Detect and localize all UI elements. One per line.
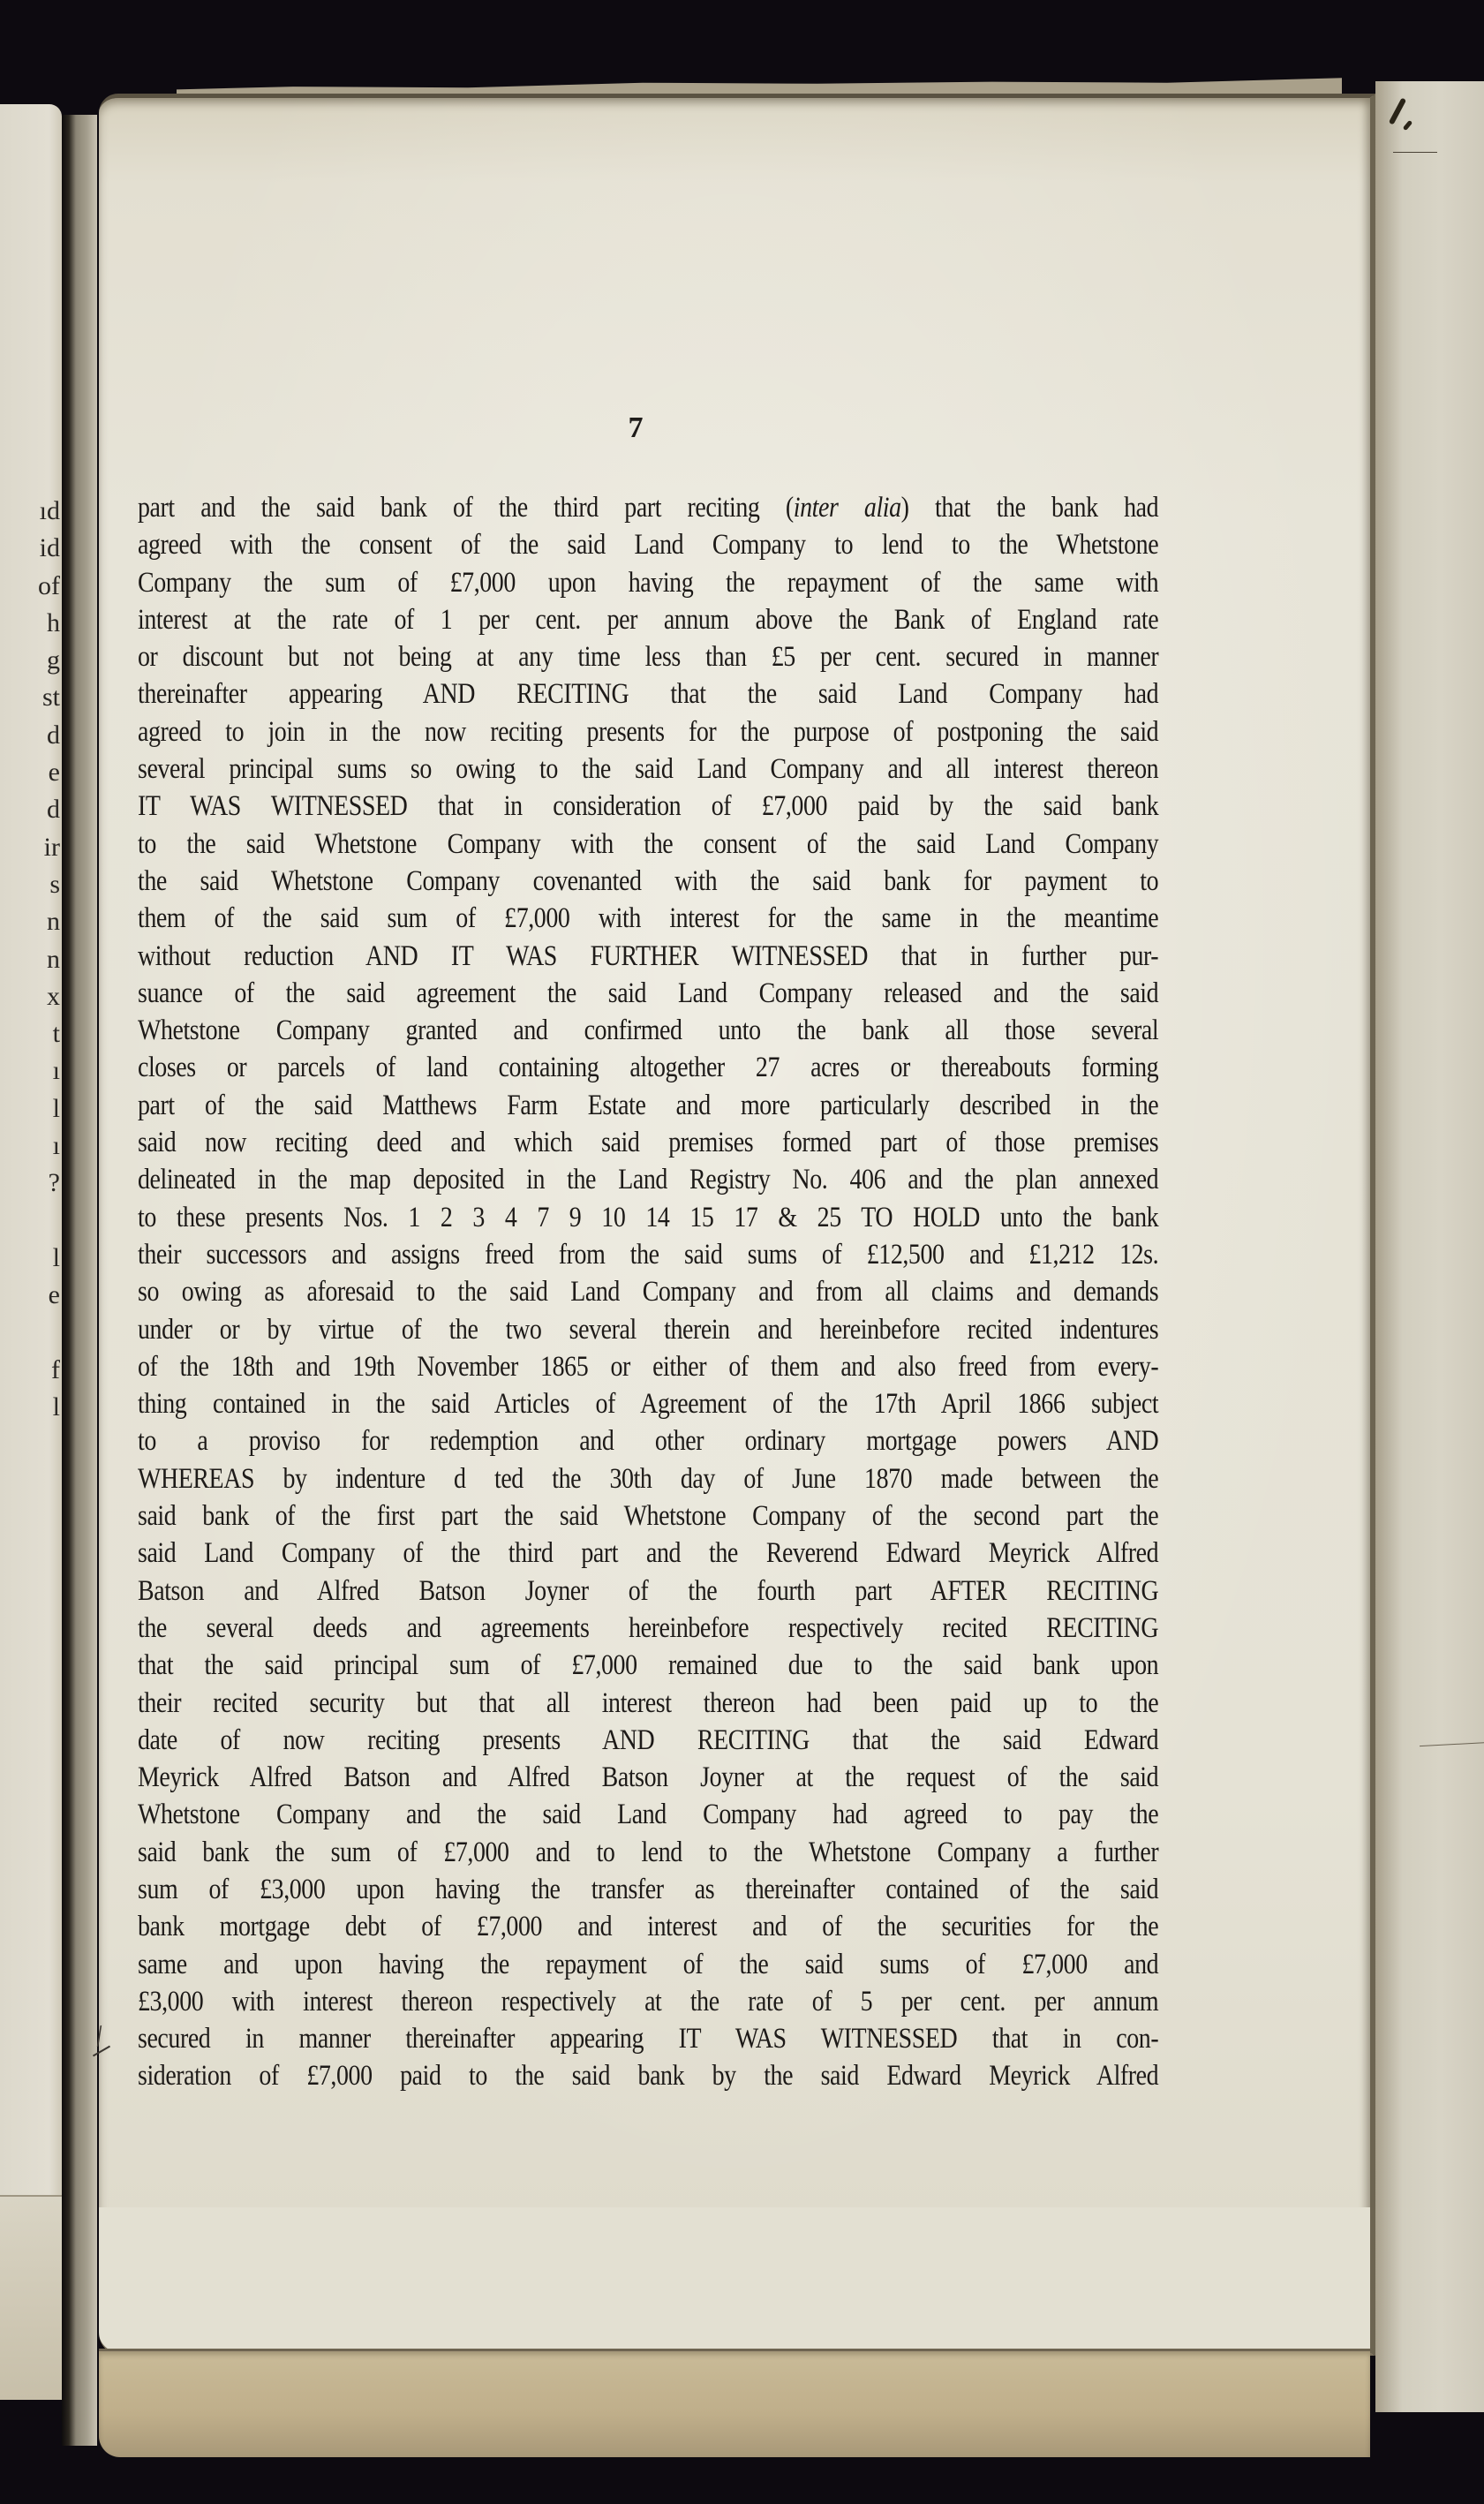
text-line: £3,000 with interest thereon respectivel…: [138, 1983, 1158, 2020]
facing-page-bottom-edge: [0, 2195, 62, 2400]
fragment: l: [2, 1090, 60, 1128]
fragment: of: [2, 568, 60, 605]
torn-page-edge: [177, 76, 1342, 95]
document-page-lower: [99, 2207, 1375, 2356]
fragment: ı: [2, 1128, 60, 1165]
text-line: thereinafter appearing AND RECITING that…: [138, 675, 1158, 713]
fragment: t: [2, 1015, 60, 1052]
fragment: h: [2, 605, 60, 642]
text-line: Whetstone Company granted and confirmed …: [138, 1012, 1158, 1049]
fragment: g: [2, 642, 60, 679]
text-line: under or by virtue of the two several th…: [138, 1311, 1158, 1348]
text-line: said now reciting deed and which said pr…: [138, 1124, 1158, 1161]
fragment: n: [2, 941, 60, 978]
ink-mark-icon: [1389, 97, 1406, 124]
pencil-line: [1393, 152, 1437, 153]
fragment: x: [2, 978, 60, 1015]
fragment: n: [2, 903, 60, 940]
book-gutter: [62, 115, 97, 2446]
text-line: Batson and Alfred Batson Joyner of the f…: [138, 1573, 1158, 1610]
ink-mark-icon: [1403, 120, 1413, 131]
text-line: their recited security but that all inte…: [138, 1685, 1158, 1722]
fragment: s: [2, 866, 60, 903]
fragment: [2, 1315, 60, 1352]
text-line: or discount but not being at any time le…: [138, 638, 1158, 675]
text-line: same and upon having the repayment of th…: [138, 1946, 1158, 1983]
page-number: 7: [618, 411, 653, 445]
fragment: l: [2, 1389, 60, 1426]
text-line: of the 18th and 19th November 1865 or ei…: [138, 1348, 1158, 1385]
text-line: Company the sum of £7,000 upon having th…: [138, 564, 1158, 601]
text-line: part of the said Matthews Farm Estate an…: [138, 1087, 1158, 1124]
fragment: st: [2, 679, 60, 716]
text-line: to the said Whetstone Company with the c…: [138, 826, 1158, 863]
fragment: ı: [2, 1052, 60, 1090]
fragment: f: [2, 1352, 60, 1389]
text-line: without reduction AND IT WAS FURTHER WIT…: [138, 938, 1158, 975]
text-line: to a proviso for redemption and other or…: [138, 1422, 1158, 1459]
fragment: ir: [2, 829, 60, 866]
text-line: date of now reciting presents AND RECITI…: [138, 1722, 1158, 1759]
text-line: said bank the sum of £7,000 and to lend …: [138, 1834, 1158, 1871]
text-line: so owing as aforesaid to the said Land C…: [138, 1273, 1158, 1310]
text-line: sum of £3,000 upon having the transfer a…: [138, 1871, 1158, 1908]
pencil-line: [1420, 1742, 1484, 1746]
text-line: the said Whetstone Company covenanted wi…: [138, 863, 1158, 900]
text-line: Meyrick Alfred Batson and Alfred Batson …: [138, 1759, 1158, 1796]
fragment: id: [2, 530, 60, 567]
italic-phrase: inter alia: [794, 492, 901, 524]
text-line: delineated in the map deposited in the L…: [138, 1161, 1158, 1198]
fragment: e: [2, 1277, 60, 1314]
text-line: bank mortgage debt of £7,000 and interes…: [138, 1908, 1158, 1945]
fragment: ?: [2, 1165, 60, 1202]
text-line: sideration of £7,000 paid to the said ba…: [138, 2057, 1158, 2094]
text-line: their successors and assigns freed from …: [138, 1236, 1158, 1273]
text-line: Whetstone Company and the said Land Comp…: [138, 1796, 1158, 1833]
facing-page-text-fragments: ıd id of h g st d e d ir s n n x t ı l ı…: [2, 493, 60, 1426]
fragment: d: [2, 717, 60, 754]
text-line: closes or parcels of land containing alt…: [138, 1049, 1158, 1086]
fragment: e: [2, 754, 60, 791]
text-line: IT WAS WITNESSED that in consideration o…: [138, 788, 1158, 825]
text-line: agreed to join in the now reciting prese…: [138, 713, 1158, 750]
fragment: d: [2, 791, 60, 828]
text-line: interest at the rate of 1 per cent. per …: [138, 601, 1158, 638]
text-line: to these presents Nos. 1 2 3 4 7 9 10 14…: [138, 1199, 1158, 1236]
facing-page-left: ıd id of h g st d e d ir s n n x t ı l ı…: [0, 104, 62, 2400]
text-line: secured in manner thereinafter appearing…: [138, 2020, 1158, 2057]
text-line: WHEREAS by indenture d ted the 30th day …: [138, 1460, 1158, 1497]
text-line: thing contained in the said Articles of …: [138, 1385, 1158, 1422]
underlying-page-right: [1375, 81, 1484, 2412]
text-line: several principal sums so owing to the s…: [138, 750, 1158, 788]
text-line: said bank of the first part the said Whe…: [138, 1497, 1158, 1535]
text-line: part and the said bank of the third part…: [138, 489, 1158, 526]
fragment: [2, 1203, 60, 1240]
fragment: l: [2, 1240, 60, 1277]
text-line: them of the said sum of £7,000 with inte…: [138, 900, 1158, 937]
document-body: part and the said bank of the third part…: [138, 489, 1158, 2095]
text-line: agreed with the consent of the said Land…: [138, 526, 1158, 563]
text-line: the several deeds and agreements hereinb…: [138, 1610, 1158, 1647]
text-line: suance of the said agreement the said La…: [138, 975, 1158, 1012]
page-bottom-discoloured-edge: [99, 2349, 1370, 2457]
text-line: said Land Company of the third part and …: [138, 1535, 1158, 1572]
text-line: that the said principal sum of £7,000 re…: [138, 1647, 1158, 1684]
fragment: ıd: [2, 493, 60, 530]
